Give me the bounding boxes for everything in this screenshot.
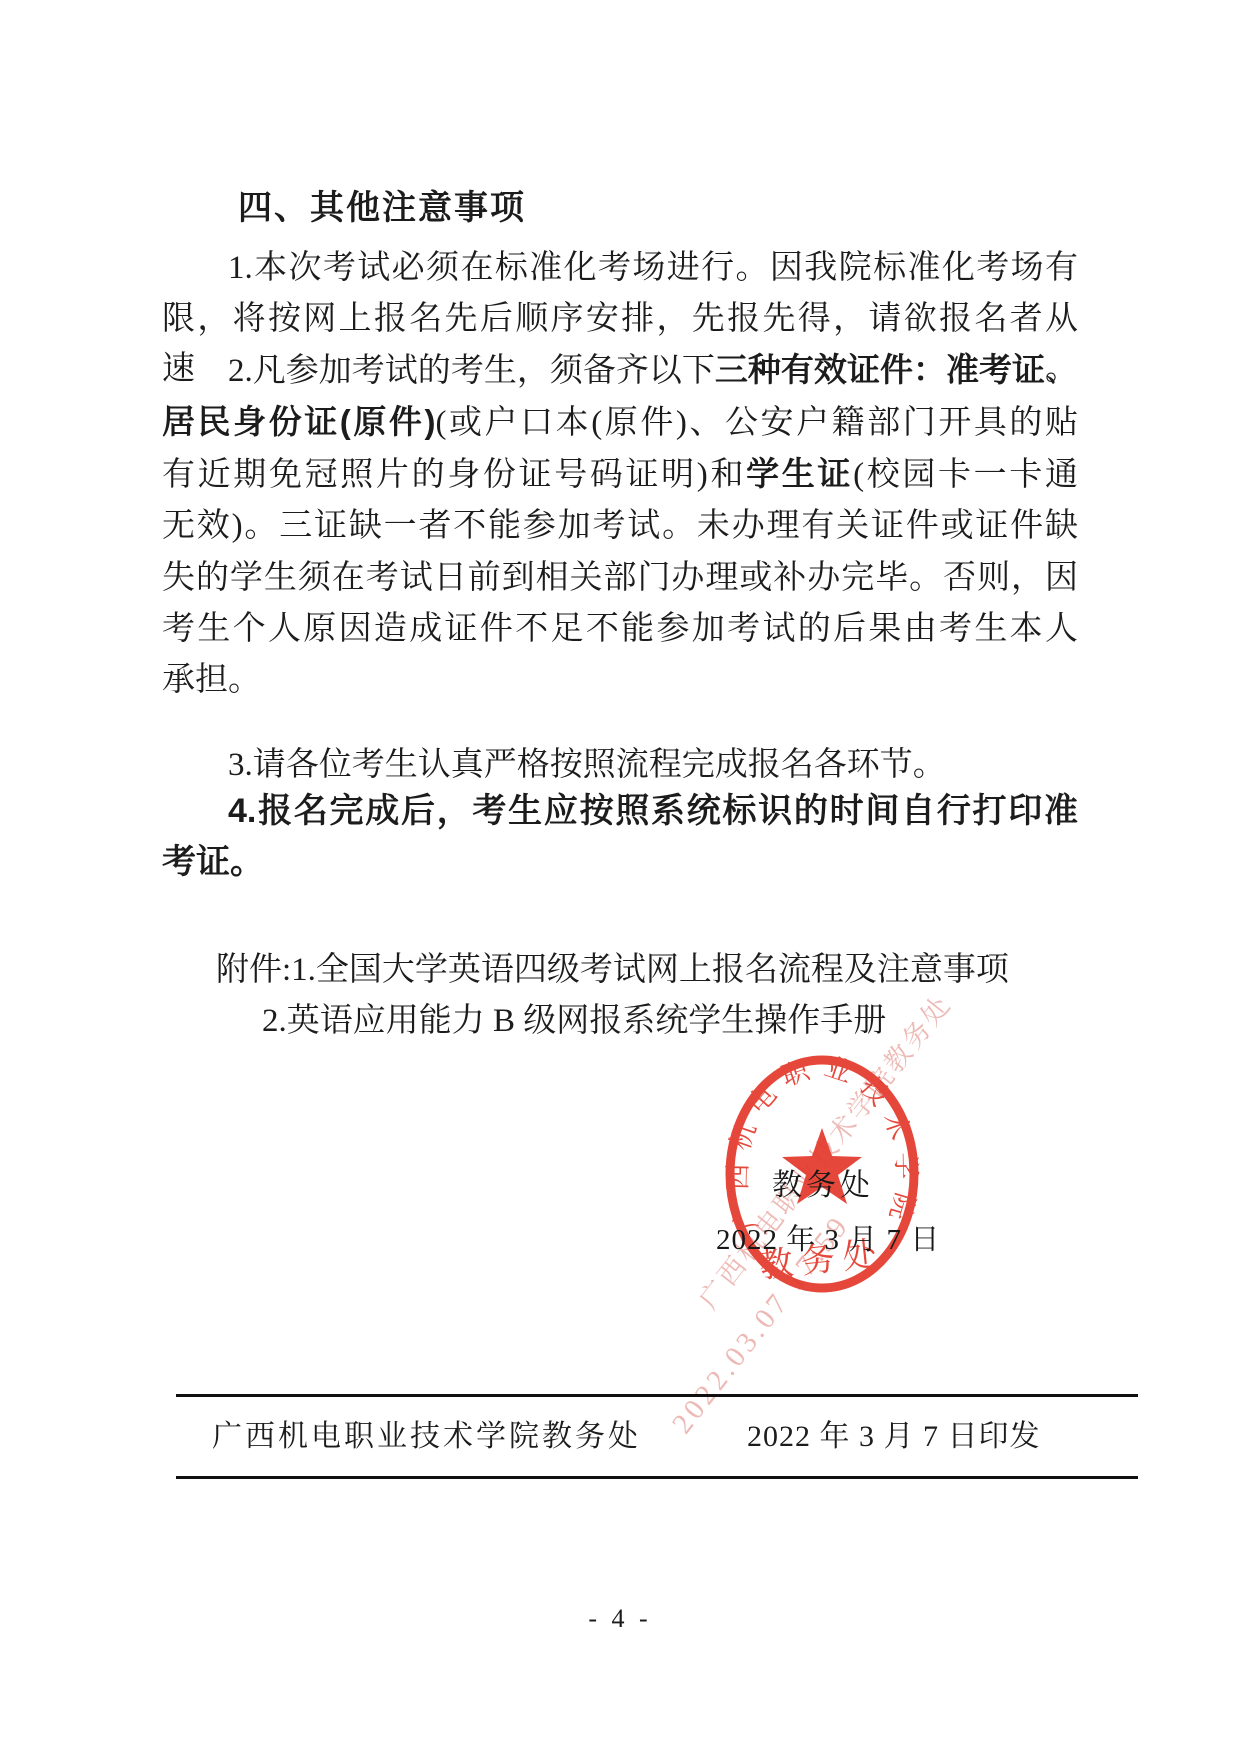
body-text: 2.凡参加考试的考生，须备齐以下 [228, 353, 715, 389]
body-line: 1.本次考试必须在标准化考场进行。因我院标准化考场有 [228, 243, 1078, 293]
body-text: 有近期免冠照片的身份证号码证明)和 [162, 457, 746, 493]
body-line: 2.凡参加考试的考生，须备齐以下三种有效证件：准考证、 [228, 345, 1078, 396]
document-page: 四、其他注意事项 1.本次考试必须在标准化考场进行。因我院标准化考场有 限，将按… [0, 0, 1240, 1753]
body-text: (校园卡一卡通 [853, 457, 1078, 493]
attachment-line: 附件:1.全国大学英语四级考试网上报名流程及注意事项 [216, 945, 1009, 995]
body-line-bold: 4.报名完成后，考生应按照系统标识的时间自行打印准 [228, 786, 1078, 836]
section-heading: 四、其他注意事项 [238, 183, 526, 233]
body-line: 无效)。三证缺一者不能参加考试。未办理有关证件或证件缺 [162, 501, 1078, 551]
footer-issuer: 广西机电职业技术学院教务处 [212, 1420, 641, 1454]
body-text-bold: 居民身份证(原件) [162, 403, 435, 440]
body-line-bold: 考证。 [162, 837, 264, 887]
body-text: 、 [1045, 353, 1078, 389]
body-line: 有近期免冠照片的身份证号码证明)和学生证(校园卡一卡通 [162, 449, 1078, 500]
body-line: 承担。 [162, 655, 261, 705]
body-text-bold: 学生证 [746, 455, 853, 492]
page-number: - 4 - [0, 1604, 1240, 1634]
body-line: 3.请各位考生认真严格按照流程完成报名各环节。 [228, 740, 946, 790]
body-text: (或户口本(原件)、公安户籍部门开具的贴 [435, 405, 1078, 441]
body-text-bold: 三种有效证件：准考证 [715, 351, 1045, 388]
signature-office: 教务处 [772, 1160, 874, 1204]
body-line: 考生个人原因造成证件不足不能参加考试的后果由考生本人 [162, 604, 1078, 654]
footer-rule-top [176, 1394, 1138, 1397]
footer-print-date: 2022 年 3 月 7 日印发 [747, 1420, 1041, 1454]
footer-rule-bottom [176, 1476, 1138, 1479]
signature-date: 2022 年 3 月 7 日 [716, 1217, 940, 1258]
body-line: 居民身份证(原件)(或户口本(原件)、公安户籍部门开具的贴 [162, 397, 1078, 448]
body-line: 失的学生须在考试日前到相关部门办理或补办完毕。否则，因 [162, 553, 1078, 603]
